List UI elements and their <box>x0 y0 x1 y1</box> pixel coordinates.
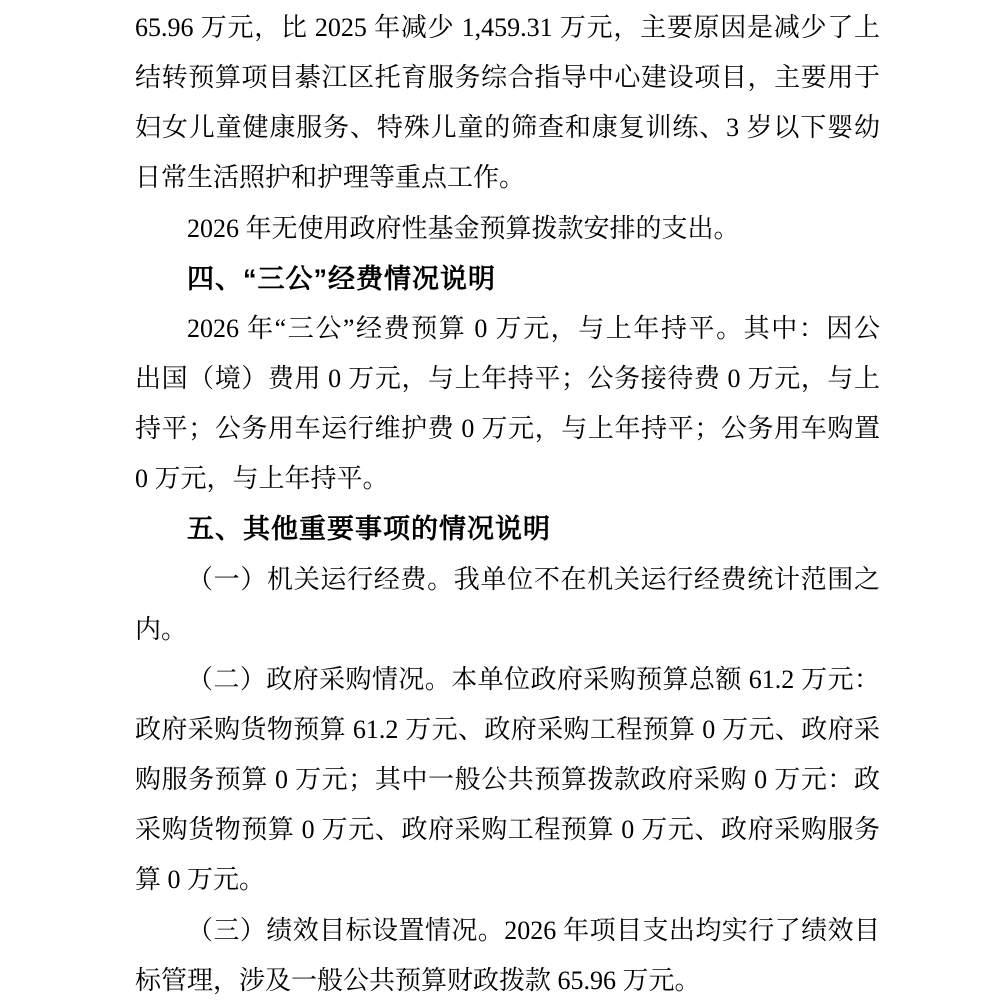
document-text-area: 65.96 万元，比 2025 年减少 1,459.31 万元，主要原因是减少了… <box>135 3 880 1003</box>
body-text-line: 内。 <box>135 605 880 655</box>
body-text-line: 政府采购货物预算 61.2 万元、政府采购工程预算 0 万元、政府采 <box>135 705 880 755</box>
body-text-line: 标管理，涉及一般公共预算财政拨款 65.96 万元。 <box>135 956 880 1003</box>
body-text-line: （三）绩效目标设置情况。2026 年项目支出均实行了绩效目 <box>135 906 880 956</box>
body-text-line: 算 0 万元。 <box>135 855 880 905</box>
body-text-line: 2026 年无使用政府性基金预算拨款安排的支出。 <box>135 204 880 254</box>
body-text-line: 出国（境）费用 0 万元，与上年持平；公务接待费 0 万元，与上年 <box>135 354 880 404</box>
body-text-line: 日常生活照护和护理等重点工作。 <box>135 153 880 203</box>
body-text-line: 2026 年“三公”经费预算 0 万元，与上年持平。其中：因公 <box>135 304 880 354</box>
body-text-line: 0 万元，与上年持平。 <box>135 454 880 504</box>
document-page: 65.96 万元，比 2025 年减少 1,459.31 万元，主要原因是减少了… <box>0 0 1000 1003</box>
body-text-line: 购服务预算 0 万元；其中一般公共预算拨款政府采购 0 万元：政府 <box>135 755 880 805</box>
body-text-line: 妇女儿童健康服务、特殊儿童的筛查和康复训练、3 岁以下婴幼儿 <box>135 103 880 153</box>
section-heading-five: 五、其他重要事项的情况说明 <box>135 504 880 554</box>
body-text-line: 持平；公务用车运行维护费 0 万元，与上年持平；公务用车购置费 <box>135 404 880 454</box>
body-text-line: （一）机关运行经费。我单位不在机关运行经费统计范围之 <box>135 555 880 605</box>
section-heading-four: 四、“三公”经费情况说明 <box>135 254 880 304</box>
body-text-line: （二）政府采购情况。本单位政府采购预算总额 61.2 万元： <box>135 655 880 705</box>
body-text-line: 采购货物预算 0 万元、政府采购工程预算 0 万元、政府采购服务预 <box>135 805 880 855</box>
body-text-line: 65.96 万元，比 2025 年减少 1,459.31 万元，主要原因是减少了… <box>135 3 880 53</box>
body-text-line: 结转预算项目綦江区托育服务综合指导中心建设项目，主要用于 <box>135 53 880 103</box>
